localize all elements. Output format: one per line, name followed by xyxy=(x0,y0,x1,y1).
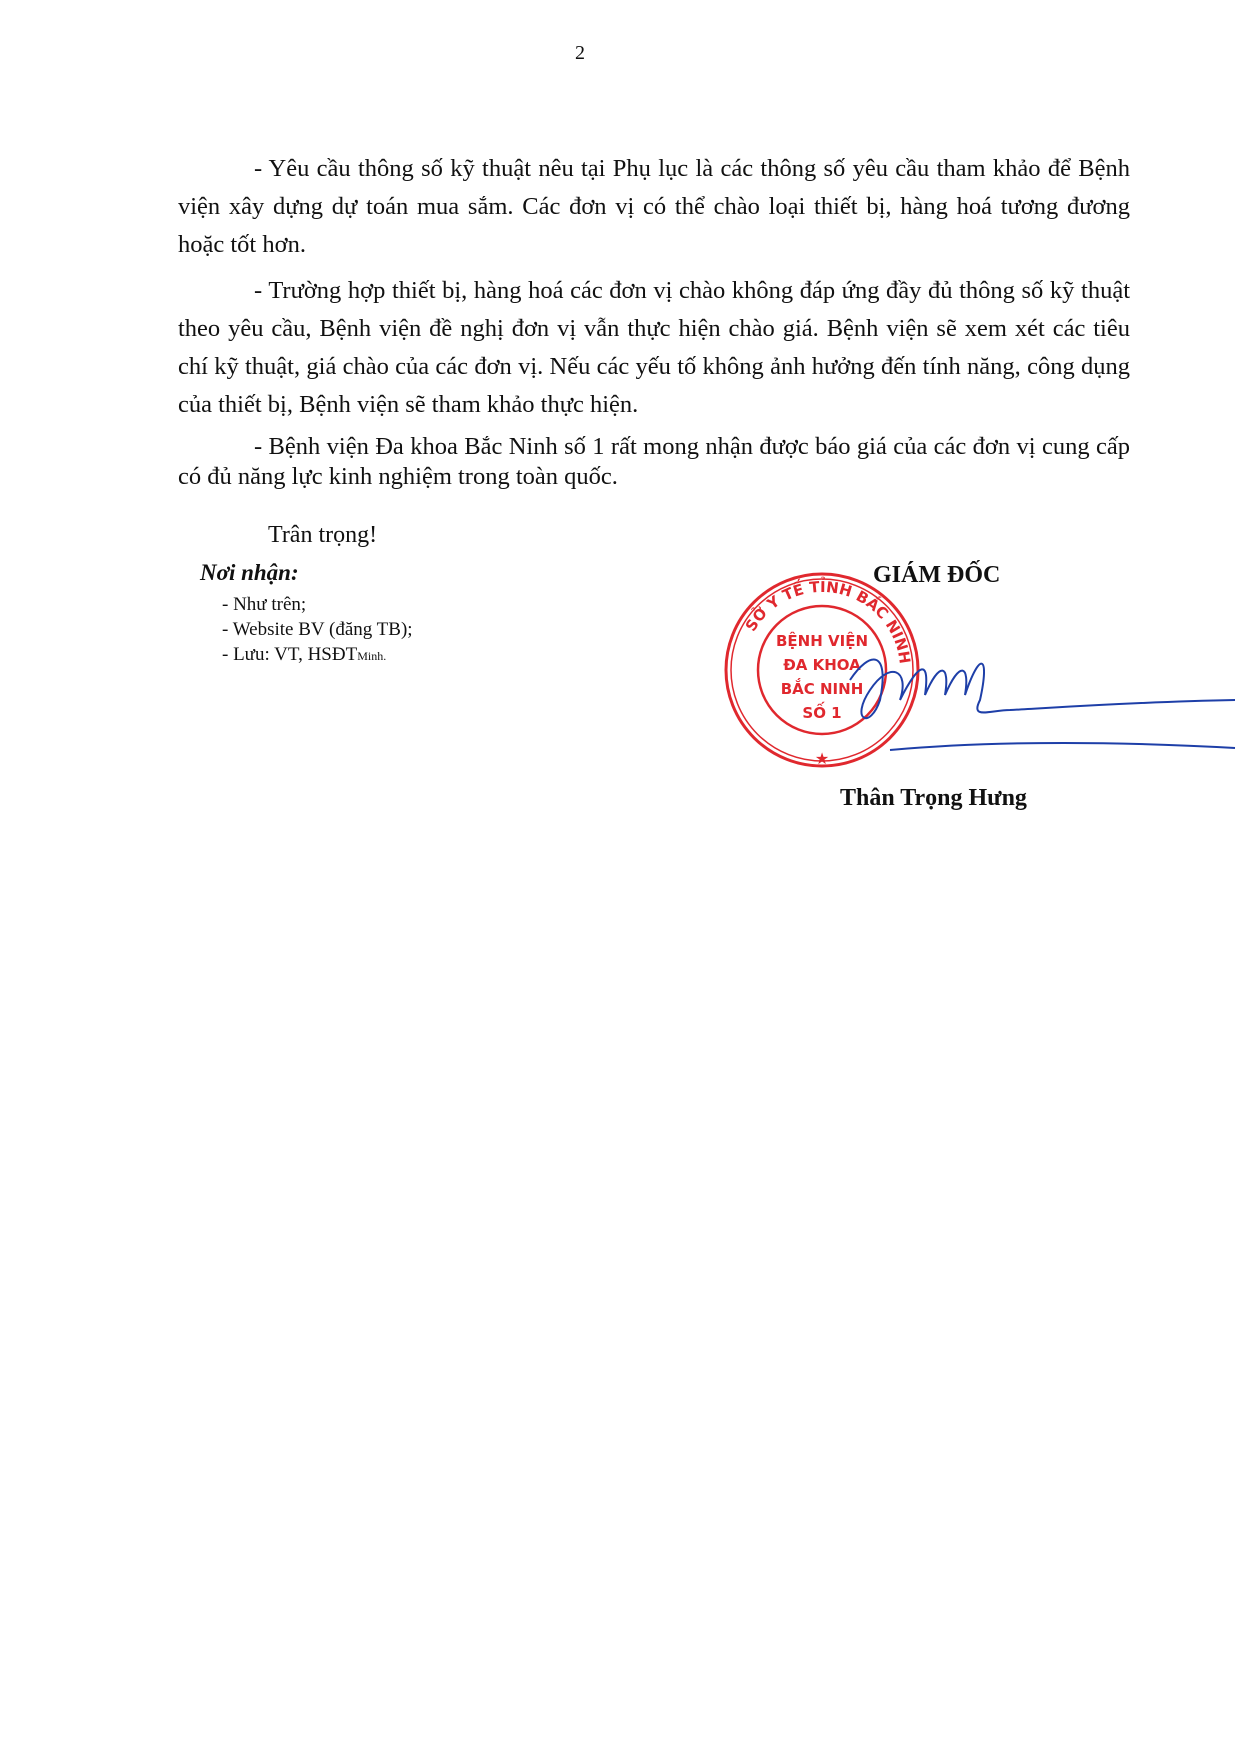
recipient-item: - Lưu: VT, HSĐTMinh. xyxy=(200,642,413,669)
paragraph-request-quotes: - Bệnh viện Đa khoa Bắc Ninh số 1 rất mo… xyxy=(178,432,1130,492)
letter-body: - Yêu cầu thông số kỹ thuật nêu tại Phụ … xyxy=(178,150,1130,500)
page-number: 2 xyxy=(0,42,1160,65)
signature-icon xyxy=(830,640,1240,780)
paragraph-spec-requirements: - Yêu cầu thông số kỹ thuật nêu tại Phụ … xyxy=(178,150,1130,264)
recipient-item-text: - Lưu: VT, HSĐT xyxy=(222,644,357,665)
recipients-block: Nơi nhận: - Như trên; - Website BV (đăng… xyxy=(200,560,413,669)
recipients-title: Nơi nhận: xyxy=(200,560,413,586)
recipient-item: - Như trên; xyxy=(200,592,413,617)
recipient-item: - Website BV (đăng TB); xyxy=(200,617,413,642)
svg-text:★: ★ xyxy=(815,751,829,768)
closing-salutation: Trân trọng! xyxy=(268,522,377,549)
recipient-item-subscript: Minh. xyxy=(357,649,386,663)
paragraph-non-compliant-offers: - Trường hợp thiết bị, hàng hoá các đơn … xyxy=(178,272,1130,424)
signer-name: Thân Trọng Hưng xyxy=(840,785,1027,812)
